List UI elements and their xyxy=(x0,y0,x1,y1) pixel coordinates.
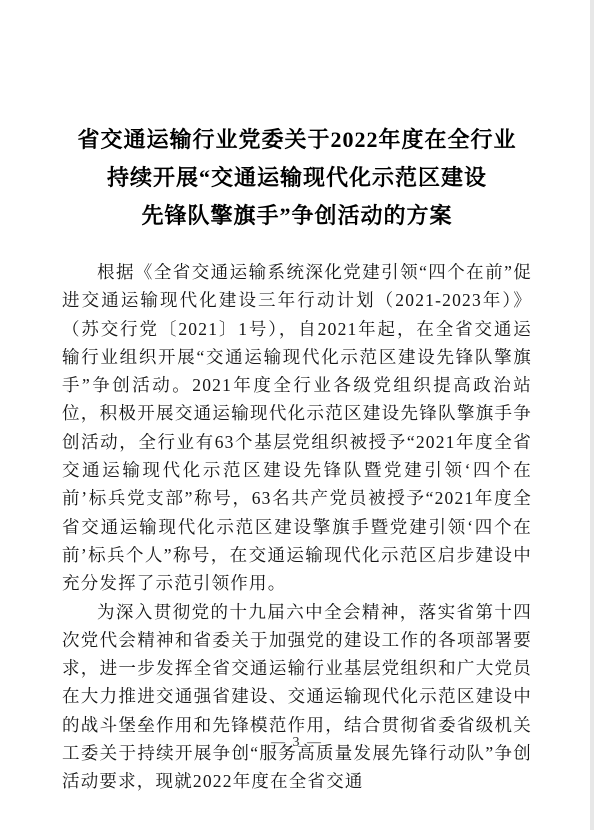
document-page: 省交通运输行业党委关于2022年度在全行业 持续开展“交通运输现代化示范区建设 … xyxy=(62,0,532,796)
document-title-line-2: 持续开展“交通运输现代化示范区建设 xyxy=(62,159,532,197)
document-title-line-3: 先锋队擎旗手”争创活动的方案 xyxy=(62,197,532,235)
body-paragraph-1: 根据《全省交通运输系统深化党建引领“四个在前”促进交通运输现代化建设三年行动计划… xyxy=(62,258,532,598)
document-title: 省交通运输行业党委关于2022年度在全行业 持续开展“交通运输现代化示范区建设 … xyxy=(62,121,532,235)
page-number: — 3 — xyxy=(0,735,594,751)
scan-edge xyxy=(590,0,594,830)
document-body: 根据《全省交通运输系统深化党建引领“四个在前”促进交通运输现代化建设三年行动计划… xyxy=(62,258,532,796)
document-title-line-1: 省交通运输行业党委关于2022年度在全行业 xyxy=(62,121,532,159)
body-paragraph-2: 为深入贯彻党的十九届六中全会精神，落实省第十四次党代会精神和省委关于加强党的建设… xyxy=(62,598,532,796)
